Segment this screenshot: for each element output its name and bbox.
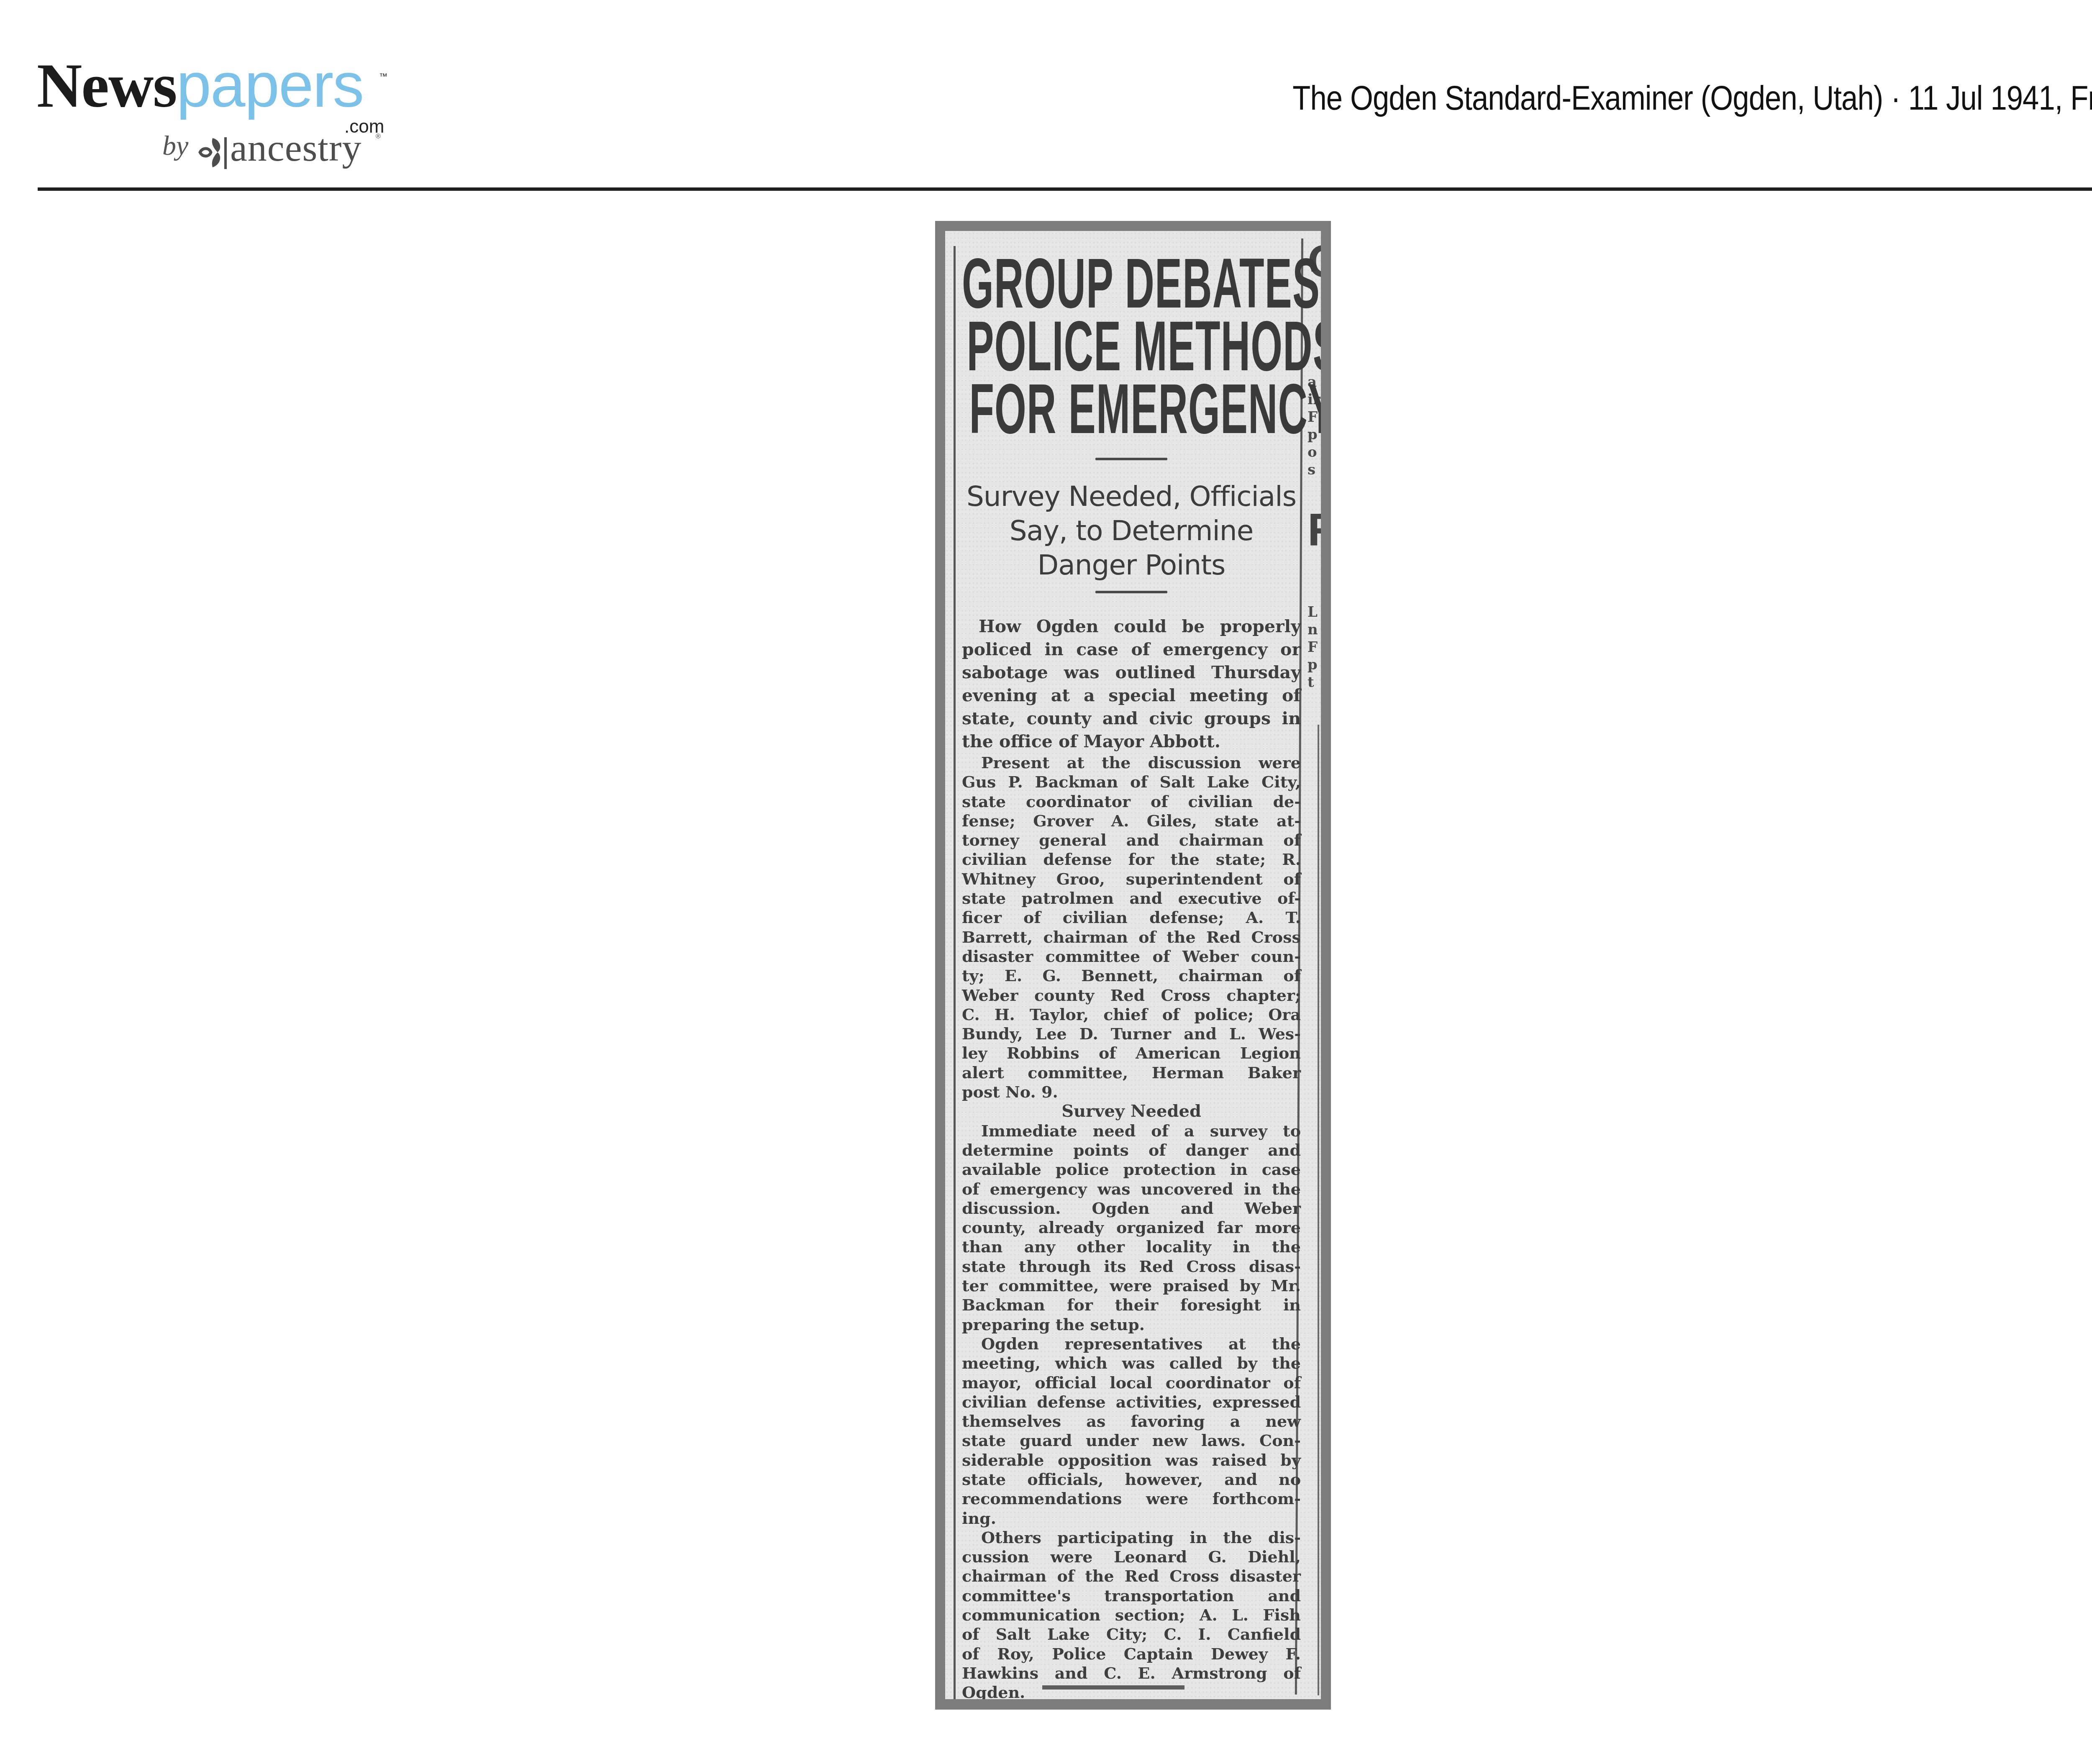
- trademark-mark: ™: [379, 72, 387, 82]
- paragraph-lede: How Ogden could be properly policed in c…: [962, 615, 1301, 753]
- article-deck: Survey Needed, Officials Say, to Determi…: [962, 479, 1301, 582]
- logo-by-text: by: [162, 130, 188, 162]
- publication-name: The Ogden Standard-Examiner (Ogden, Utah…: [1292, 79, 1883, 117]
- column-rule-left: [954, 246, 956, 1699]
- ancestry-leaf-icon: [197, 136, 230, 169]
- paragraph-representatives: Ogden representatives at the meeting, wh…: [962, 1334, 1301, 1528]
- clipping-citation: The Ogden Standard-Examiner (Ogden, Utah…: [1292, 79, 2092, 118]
- article-body: How Ogden could be properly policed in c…: [962, 615, 1301, 1699]
- separator-dot: ·: [1891, 79, 1900, 117]
- logo-ancestry-text: ancestry: [230, 126, 362, 170]
- deck-divider: [1095, 591, 1167, 593]
- logo-wordmark: Newspapers: [37, 54, 363, 117]
- article-end-rule: [1042, 1685, 1184, 1690]
- article-headline: GROUP DEBATES POLICE METHODS FOR EMERGEN…: [962, 252, 1302, 440]
- newspaper-clipping: C a ir F p o s R L n F p t GROUP DEBATES…: [945, 231, 1321, 1699]
- paragraph-attendees: Present at the discussion were Gus P. Ba…: [962, 753, 1301, 1102]
- newspapers-logo[interactable]: Newspapers ™ .com by ancestry ®: [37, 54, 397, 162]
- logo-papers-text: papers: [177, 50, 364, 120]
- logo-news-text: News: [37, 51, 177, 121]
- paragraph-others: Others participating in the dis- cussion…: [962, 1528, 1301, 1699]
- adjacent-column-fragment: L n F p t: [1307, 603, 1321, 691]
- headline-divider: [1095, 458, 1167, 460]
- newspaper-clipping-frame: C a ir F p o s R L n F p t GROUP DEBATES…: [935, 221, 1331, 1710]
- article: GROUP DEBATES POLICE METHODS FOR EMERGEN…: [962, 252, 1301, 1699]
- publication-date: 11 Jul 1941, Fri: [1908, 79, 2092, 117]
- column-rule-far-right: [1318, 725, 1319, 1695]
- article-subhead: Survey Needed: [962, 1102, 1301, 1121]
- paragraph-survey: Immediate need of a survey to determine …: [962, 1121, 1301, 1334]
- header-divider: [38, 187, 2092, 191]
- adjacent-column-fragment: R: [1307, 507, 1321, 553]
- registered-mark: ®: [376, 133, 381, 141]
